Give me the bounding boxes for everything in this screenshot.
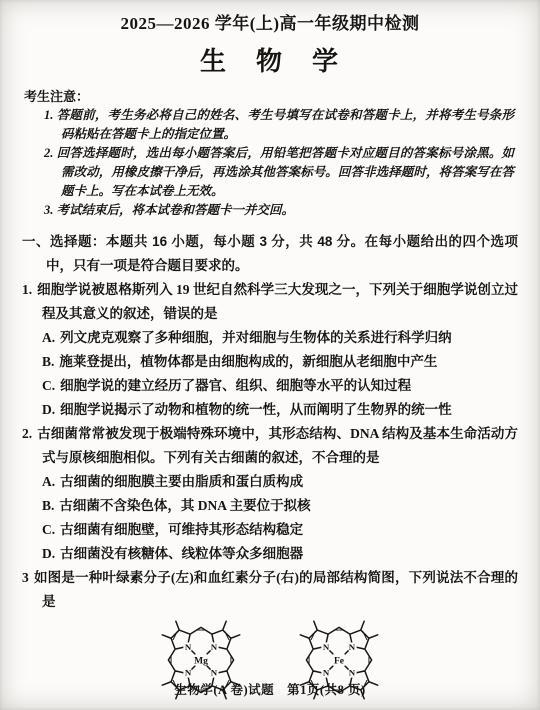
notice-heading: 考生注意： [24,87,514,106]
nitrogen-label: N [323,642,330,652]
question-2-option-b: B.古细菌不含染色体，其 DNA 主要位于拟核 [22,494,518,518]
option-c-label: C. [42,378,55,393]
option-a-label: A. [42,330,55,345]
option-d-text: 细胞学说揭示了动物和植物的统一性，从而阐明了生物界的统一性 [60,402,452,417]
question-2-option-a: A.古细菌的细胞膜主要由脂质和蛋白质构成 [22,470,518,494]
question-2-stem: 2.古细菌常常被发现于极端特殊环境中，其形态结构、DNA 结构及基本生命活动方式… [22,422,518,470]
nitrogen-label: N [185,668,192,678]
option-d-label: D. [42,546,55,561]
question-1-option-d: D.细胞学说揭示了动物和植物的统一性，从而阐明了生物界的统一性 [22,398,518,422]
question-2-option-d: D.古细菌没有核糖体、线粒体等众多细胞器 [22,542,518,566]
question-2-stem-text: 古细菌常常被发现于极端特殊环境中，其形态结构、DNA 结构及基本生命活动方式与原… [37,426,518,465]
section-one-heading: 一、选择题：本题共 16 小题，每小题 3 分，共 48 分。在每小题给出的四个… [22,230,518,278]
question-1-option-b: B.施莱登提出，植物体都是由细胞构成的，新细胞从老细胞中产生 [22,350,518,374]
nitrogen-label: N [349,642,356,652]
question-1-number: 1. [22,282,32,297]
magnesium-label: Mg [194,656,208,666]
question-3-stem: 3如图是一种叶绿素分子(左)和血红素分子(右)的局部结构简图，下列说法不合理的是 [22,566,518,614]
iron-label: Fe [334,656,344,666]
question-1-stem: 1.细胞学说被恩格斯列入 19 世纪自然科学三大发现之一，下列关于细胞学说创立过… [22,278,518,326]
option-c-text: 细胞学说的建立经历了器官、组织、细胞等水平的认知过程 [60,378,411,393]
option-a-text: 列文虎克观察了多种细胞，并对细胞与生物体的关系进行科学归纳 [60,330,452,345]
nitrogen-label: N [349,668,356,678]
option-d-label: D. [42,402,55,417]
option-c-text: 古细菌有细胞壁，可维持其形态结构稳定 [60,522,303,537]
nitrogen-label: N [211,668,218,678]
option-a-text: 古细菌的细胞膜主要由脂质和蛋白质构成 [60,474,303,489]
notice-item-3: 3. 考试结束后，将本试卷和答题卡一并交回。 [44,201,514,220]
nitrogen-label: N [211,642,218,652]
question-3: 3如图是一种叶绿素分子(左)和血红素分子(右)的局部结构简图，下列说法不合理的是 [22,566,518,614]
question-1-stem-text: 细胞学说被恩格斯列入 19 世纪自然科学三大发现之一，下列关于细胞学说创立过程及… [37,282,518,321]
notice-item-2: 2. 回答选择题时，选出每小题答案后，用铅笔把答题卡对应题目的答案标号涂黑。如需… [44,144,514,201]
notice-items: 1. 答题前，考生务必将自己的姓名、考生号填写在试卷和答题卡上，并将考生号条形码… [44,106,514,220]
exam-session-title: 2025—2026 学年(上)高一年级期中检测 [0,0,540,35]
option-c-label: C. [42,522,55,537]
page-footer: 生物学(A 卷)试题 第1页(共8 页) [0,680,540,698]
question-3-stem-text: 如图是一种叶绿素分子(左)和血红素分子(右)的局部结构简图，下列说法不合理的是 [34,570,518,609]
option-b-label: B. [42,354,54,369]
option-d-text: 古细菌没有核糖体、线粒体等众多细胞器 [60,546,303,561]
examinee-notice: 考生注意： 1. 答题前，考生务必将自己的姓名、考生号填写在试卷和答题卡上，并将… [24,87,514,220]
question-1-option-c: C.细胞学说的建立经历了器官、组织、细胞等水平的认知过程 [22,374,518,398]
option-a-label: A. [42,474,55,489]
nitrogen-label: N [323,668,330,678]
question-2-option-c: C.古细菌有细胞壁，可维持其形态结构稳定 [22,518,518,542]
question-2: 2.古细菌常常被发现于极端特殊环境中，其形态结构、DNA 结构及基本生命活动方式… [22,422,518,566]
question-1: 1.细胞学说被恩格斯列入 19 世纪自然科学三大发现之一，下列关于细胞学说创立过… [22,278,518,422]
nitrogen-label: N [185,642,192,652]
question-2-number: 2. [22,426,32,441]
option-b-label: B. [42,498,54,513]
question-3-number: 3 [22,570,29,585]
notice-item-1: 1. 答题前，考生务必将自己的姓名、考生号填写在试卷和答题卡上，并将考生号条形码… [44,106,514,144]
exam-paper-page: 2025—2026 学年(上)高一年级期中检测 生 物 学 考生注意： 1. 答… [0,0,540,710]
subject-title: 生 物 学 [0,45,540,79]
option-b-text: 施莱登提出，植物体都是由细胞构成的，新细胞从老细胞中产生 [59,354,437,369]
option-b-text: 古细菌不含染色体，其 DNA 主要位于拟核 [59,498,310,513]
question-1-option-a: A.列文虎克观察了多种细胞，并对细胞与生物体的关系进行科学归纳 [22,326,518,350]
